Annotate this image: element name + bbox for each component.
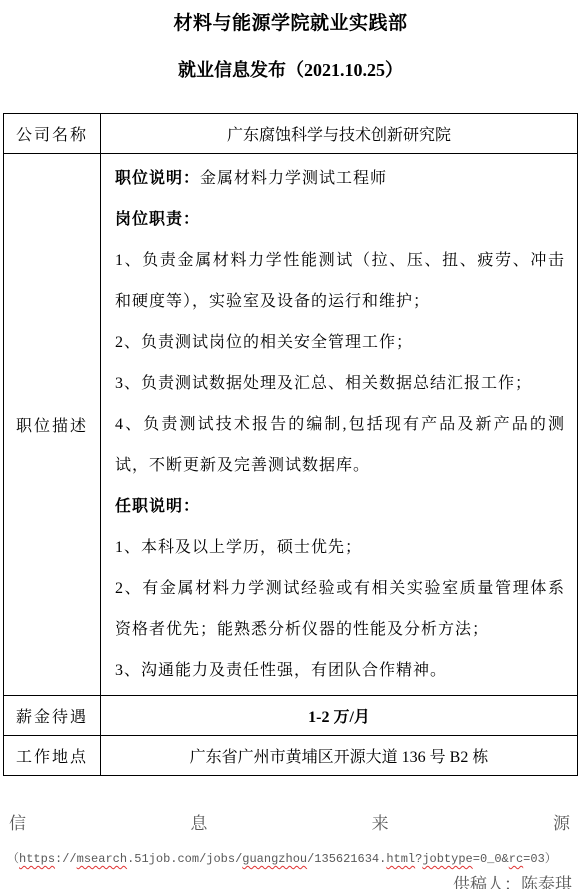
location-value: 广东省广州市黄埔区开源大道 136 号 B2 栋 — [101, 736, 578, 776]
paragraph-text: 4、负责测试技术报告的编制,包括现有产品及新产品的测试，不断更新及完善测试数据库… — [115, 416, 565, 474]
paragraph-text: 2、有金属材料力学测试经验或有相关实验室质量管理体系资格者优先；能熟悉分析仪器的… — [115, 580, 565, 638]
url-segment: html — [386, 852, 415, 866]
description-label: 职位描述 — [4, 154, 101, 696]
salary-label: 薪金待遇 — [4, 696, 101, 736]
url-segment: rc — [509, 852, 523, 866]
paragraph-text: 1、负责金属材料力学性能测试（拉、压、扭、疲劳、冲击和硬度等），实验室及设备的运… — [115, 252, 565, 310]
url-segment: =0_0& — [473, 852, 509, 866]
source-url: （https://msearch.51job.com/jobs/guangzho… — [3, 849, 578, 866]
url-segment: =03 — [523, 852, 545, 866]
location-row: 工作地点 广东省广州市黄埔区开源大道 136 号 B2 栋 — [4, 736, 578, 776]
description-paragraph: 职位说明：金属材料力学测试工程师 — [115, 158, 565, 199]
company-label: 公司名称 — [4, 114, 101, 154]
paragraph-text: 3、沟通能力及责任性强，有团队合作精神。 — [115, 662, 447, 679]
description-paragraph: 1、负责金属材料力学性能测试（拉、压、扭、疲劳、冲击和硬度等），实验室及设备的运… — [115, 240, 565, 322]
description-paragraph: 3、沟通能力及责任性强，有团队合作精神。 — [115, 650, 565, 691]
paragraph-bold-lead: 任职说明： — [115, 498, 200, 515]
paragraph-bold-lead: 职位说明： — [115, 170, 200, 187]
url-segment: /135621634. — [307, 852, 386, 866]
url-open-paren: （ — [7, 852, 19, 866]
url-close-paren: ） — [545, 852, 557, 866]
url-segment: .51job.com/jobs/ — [127, 852, 242, 866]
description-value: 职位说明：金属材料力学测试工程师 岗位职责： 1、负责金属材料力学性能测试（拉、… — [101, 154, 578, 696]
description-row: 职位描述 职位说明：金属材料力学测试工程师 岗位职责： 1、负责金属材料力学性能… — [4, 154, 578, 696]
company-row: 公司名称 广东腐蚀科学与技术创新研究院 — [4, 114, 578, 154]
source-heading: 信息来源 — [3, 809, 578, 834]
contributor-line: 供稿人：陈泰琪 — [3, 870, 578, 889]
url-segment: msearch — [77, 852, 127, 866]
url-segment: guangzhou — [242, 852, 307, 866]
job-info-table: 公司名称 广东腐蚀科学与技术创新研究院 职位描述 职位说明：金属材料力学测试工程… — [3, 113, 578, 776]
salary-value: 1-2 万/月 — [101, 696, 578, 736]
url-segment: https — [19, 852, 55, 866]
description-paragraph: 4、负责测试技术报告的编制,包括现有产品及新产品的测试，不断更新及完善测试数据库… — [115, 404, 565, 486]
paragraph-bold-lead: 岗位职责： — [115, 211, 200, 228]
description-paragraph: 任职说明： — [115, 486, 565, 527]
url-segment: jobtype — [422, 852, 472, 866]
description-paragraph: 2、负责测试岗位的相关安全管理工作； — [115, 322, 565, 363]
paragraph-text: 金属材料力学测试工程师 — [200, 170, 387, 187]
url-segment: :// — [55, 852, 77, 866]
paragraph-text: 1、本科及以上学历，硕士优先； — [115, 539, 362, 556]
page-title: 材料与能源学院就业实践部 — [3, 8, 578, 35]
page-subtitle: 就业信息发布（2021.10.25） — [3, 56, 578, 82]
document-page: 材料与能源学院就业实践部 就业信息发布（2021.10.25） 公司名称 广东腐… — [0, 0, 581, 889]
description-paragraph: 2、有金属材料力学测试经验或有相关实验室质量管理体系资格者优先；能熟悉分析仪器的… — [115, 568, 565, 650]
paragraph-text: 3、负责测试数据处理及汇总、相关数据总结汇报工作； — [115, 375, 532, 392]
location-label: 工作地点 — [4, 736, 101, 776]
description-paragraph: 1、本科及以上学历，硕士优先； — [115, 527, 565, 568]
description-paragraph: 岗位职责： — [115, 199, 565, 240]
salary-row: 薪金待遇 1-2 万/月 — [4, 696, 578, 736]
description-paragraph: 3、负责测试数据处理及汇总、相关数据总结汇报工作； — [115, 363, 565, 404]
company-value: 广东腐蚀科学与技术创新研究院 — [101, 114, 578, 154]
paragraph-text: 2、负责测试岗位的相关安全管理工作； — [115, 334, 413, 351]
